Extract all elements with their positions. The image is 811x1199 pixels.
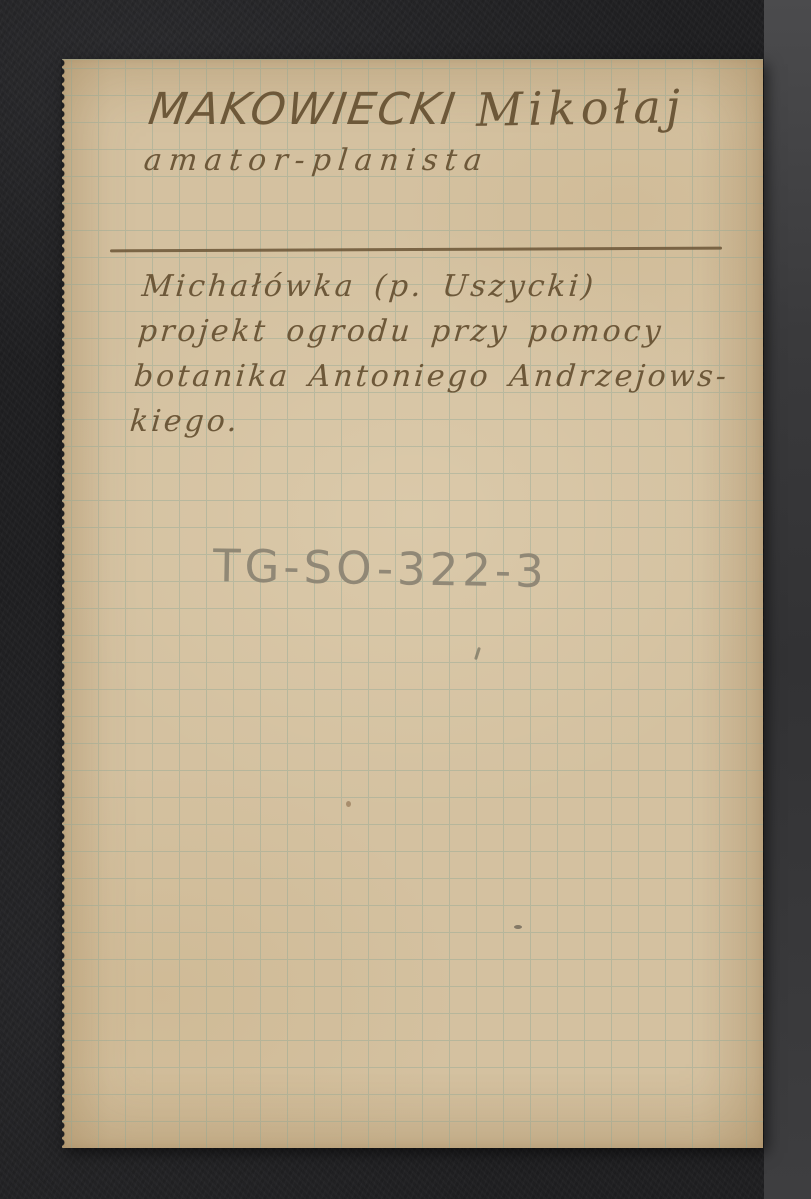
given-name-text: Mikołaj [476,79,686,137]
surname-text: MAKOWIECKI [145,84,459,135]
description-paragraph: Michałówka (p. Uszycki) projekt ogrodu p… [128,264,739,444]
card-title: MAKOWIECKIMikołaj [149,81,685,135]
profession-subtitle: amator-planista [142,143,490,178]
scanner-edge-strip [764,0,811,1199]
call-number: TG-SO-322-3 [213,539,549,598]
paper-stain-speck [346,801,351,807]
description-line-3: botanika Antoniego Andrzejows- [132,354,731,399]
description-line-2: projekt ogrodu przy pomocy [136,309,735,354]
scanned-photo: { "colors": { "background": "#1f1f21", "… [0,0,811,1199]
description-line-4: kiego. [128,399,727,444]
description-line-1: Michałówka (p. Uszycki) [140,264,739,309]
archive-index-card: MAKOWIECKIMikołaj amator-planista Michał… [62,59,763,1148]
graph-paper-grid [62,59,763,1148]
ink-speck [514,925,522,929]
perforated-left-edge [61,59,68,1148]
